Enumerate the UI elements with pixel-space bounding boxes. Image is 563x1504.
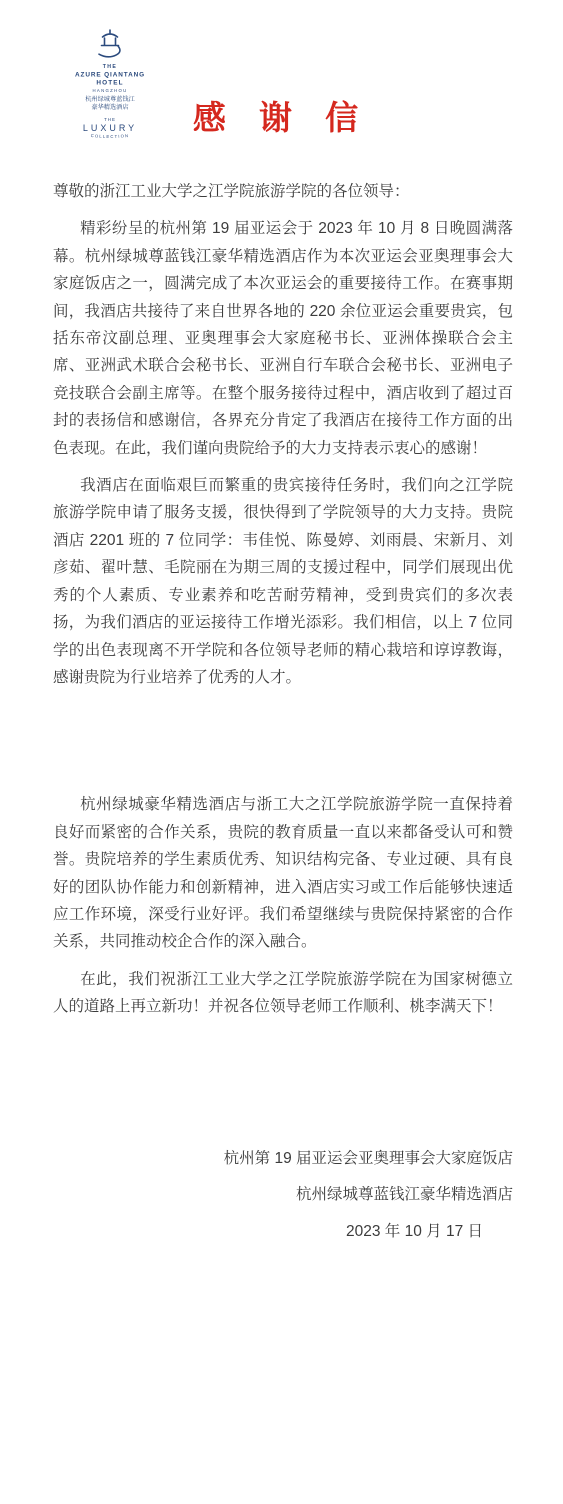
signature-organization-line1: 杭州第 19 届亚运会亚奥理事会大家庭饭店 bbox=[53, 1141, 513, 1178]
letter-header: THE AZURE QIANTANG HOTEL HANGZHOU 杭州绿城尊蓝… bbox=[0, 0, 563, 152]
thank-you-letter-page: THE AZURE QIANTANG HOTEL HANGZHOU 杭州绿城尊蓝… bbox=[0, 0, 563, 1504]
letter-title: 感 谢 信 bbox=[0, 92, 563, 139]
signature-organization-line2: 杭州绿城尊蓝钱江豪华精选酒店 bbox=[53, 1177, 513, 1214]
logo-hotel-name-line2: HOTEL bbox=[96, 80, 123, 87]
salutation-line: 尊敬的浙江工业大学之江学院旅游学院的各位领导： bbox=[53, 178, 513, 205]
signature-block: 杭州第 19 届亚运会亚奥理事会大家庭饭店 杭州绿城尊蓝钱江豪华精选酒店 202… bbox=[53, 1141, 513, 1251]
letter-body: 尊敬的浙江工业大学之江学院旅游学院的各位领导： 精彩纷呈的杭州第 19 届亚运会… bbox=[0, 178, 563, 1250]
paragraph-asian-games-summary: 精彩纷呈的杭州第 19 届亚运会于 2023 年 10 月 8 日晚圆满落幕。杭… bbox=[53, 215, 513, 462]
signature-date: 2023 年 10 月 17 日 bbox=[53, 1214, 513, 1251]
paragraph-cooperation: 杭州绿城豪华精选酒店与浙工大之江学院旅游学院一直保持着良好而紧密的合作关系，贵院… bbox=[53, 791, 513, 955]
logo-the-top: THE bbox=[103, 64, 118, 70]
logo-hotel-name-line1: AZURE QIANTANG bbox=[75, 72, 145, 79]
pavilion-crest-icon bbox=[99, 30, 120, 57]
paragraph-student-support: 我酒店在面临艰巨而繁重的贵宾接待任务时，我们向之江学院旅游学院申请了服务支援，很… bbox=[53, 472, 513, 691]
paragraph-closing-wishes: 在此，我们祝浙江工业大学之江学院旅游学院在为国家树德立人的道路上再立新功！并祝各… bbox=[53, 966, 513, 1021]
